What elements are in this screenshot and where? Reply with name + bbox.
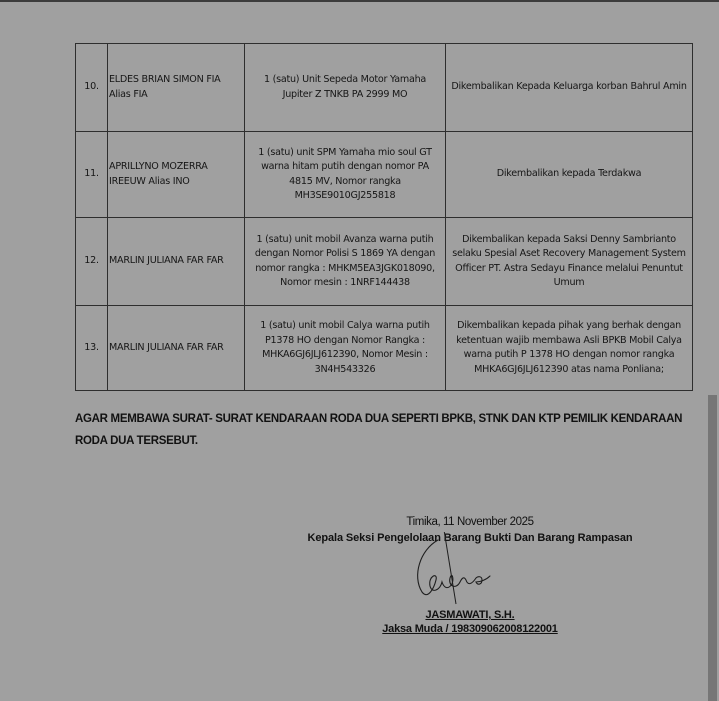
notice-text: AGAR MEMBAWA SURAT- SURAT KENDARAAN RODA… xyxy=(75,408,685,452)
evidence-table: 10. ELDES BRIAN SIMON FIA Alias FIA 1 (s… xyxy=(75,43,693,391)
evidence-item: 1 (satu) unit SPM Yamaha mio soul GT war… xyxy=(245,132,446,218)
evidence-item: 1 (satu) unit mobil Calya warna putih P1… xyxy=(245,306,446,391)
evidence-disposition: Dikembalikan kepada Saksi Denny Sambrian… xyxy=(446,218,693,306)
evidence-disposition: Dikembalikan kepada Terdakwa xyxy=(446,132,693,218)
table-row: 11. APRILLYNO MOZERRA IREEUW Alias INO 1… xyxy=(76,132,693,218)
vertical-scrollbar[interactable] xyxy=(704,2,719,699)
official-rank-id: Jaksa Muda / 198309062008122001 xyxy=(300,622,640,637)
row-number: 12. xyxy=(76,218,108,306)
row-number: 11. xyxy=(76,132,108,218)
evidence-item: 1 (satu) Unit Sepeda Motor Yamaha Jupite… xyxy=(245,44,446,132)
evidence-disposition: Dikembalikan kepada pihak yang berhak de… xyxy=(446,306,693,391)
handwritten-signature-icon xyxy=(398,532,528,612)
defendant-name: MARLIN JULIANA FAR FAR xyxy=(108,218,245,306)
defendant-name: ELDES BRIAN SIMON FIA Alias FIA xyxy=(108,44,245,132)
row-number: 13. xyxy=(76,306,108,391)
signature-area xyxy=(300,546,640,598)
table-row: 12. MARLIN JULIANA FAR FAR 1 (satu) unit… xyxy=(76,218,693,306)
defendant-name: MARLIN JULIANA FAR FAR xyxy=(108,306,245,391)
place-date: Timika, 11 November 2025 xyxy=(300,514,640,530)
evidence-disposition: Dikembalikan Kepada Keluarga korban Bahr… xyxy=(446,44,693,132)
document-page: 10. ELDES BRIAN SIMON FIA Alias FIA 1 (s… xyxy=(0,0,719,699)
signature-block: Timika, 11 November 2025 Kepala Seksi Pe… xyxy=(300,514,640,637)
defendant-name: APRILLYNO MOZERRA IREEUW Alias INO xyxy=(108,132,245,218)
row-number: 10. xyxy=(76,44,108,132)
table-row: 10. ELDES BRIAN SIMON FIA Alias FIA 1 (s… xyxy=(76,44,693,132)
evidence-item: 1 (satu) unit mobil Avanza warna putih d… xyxy=(245,218,446,306)
scrollbar-thumb[interactable] xyxy=(708,395,717,699)
table-row: 13. MARLIN JULIANA FAR FAR 1 (satu) unit… xyxy=(76,306,693,391)
